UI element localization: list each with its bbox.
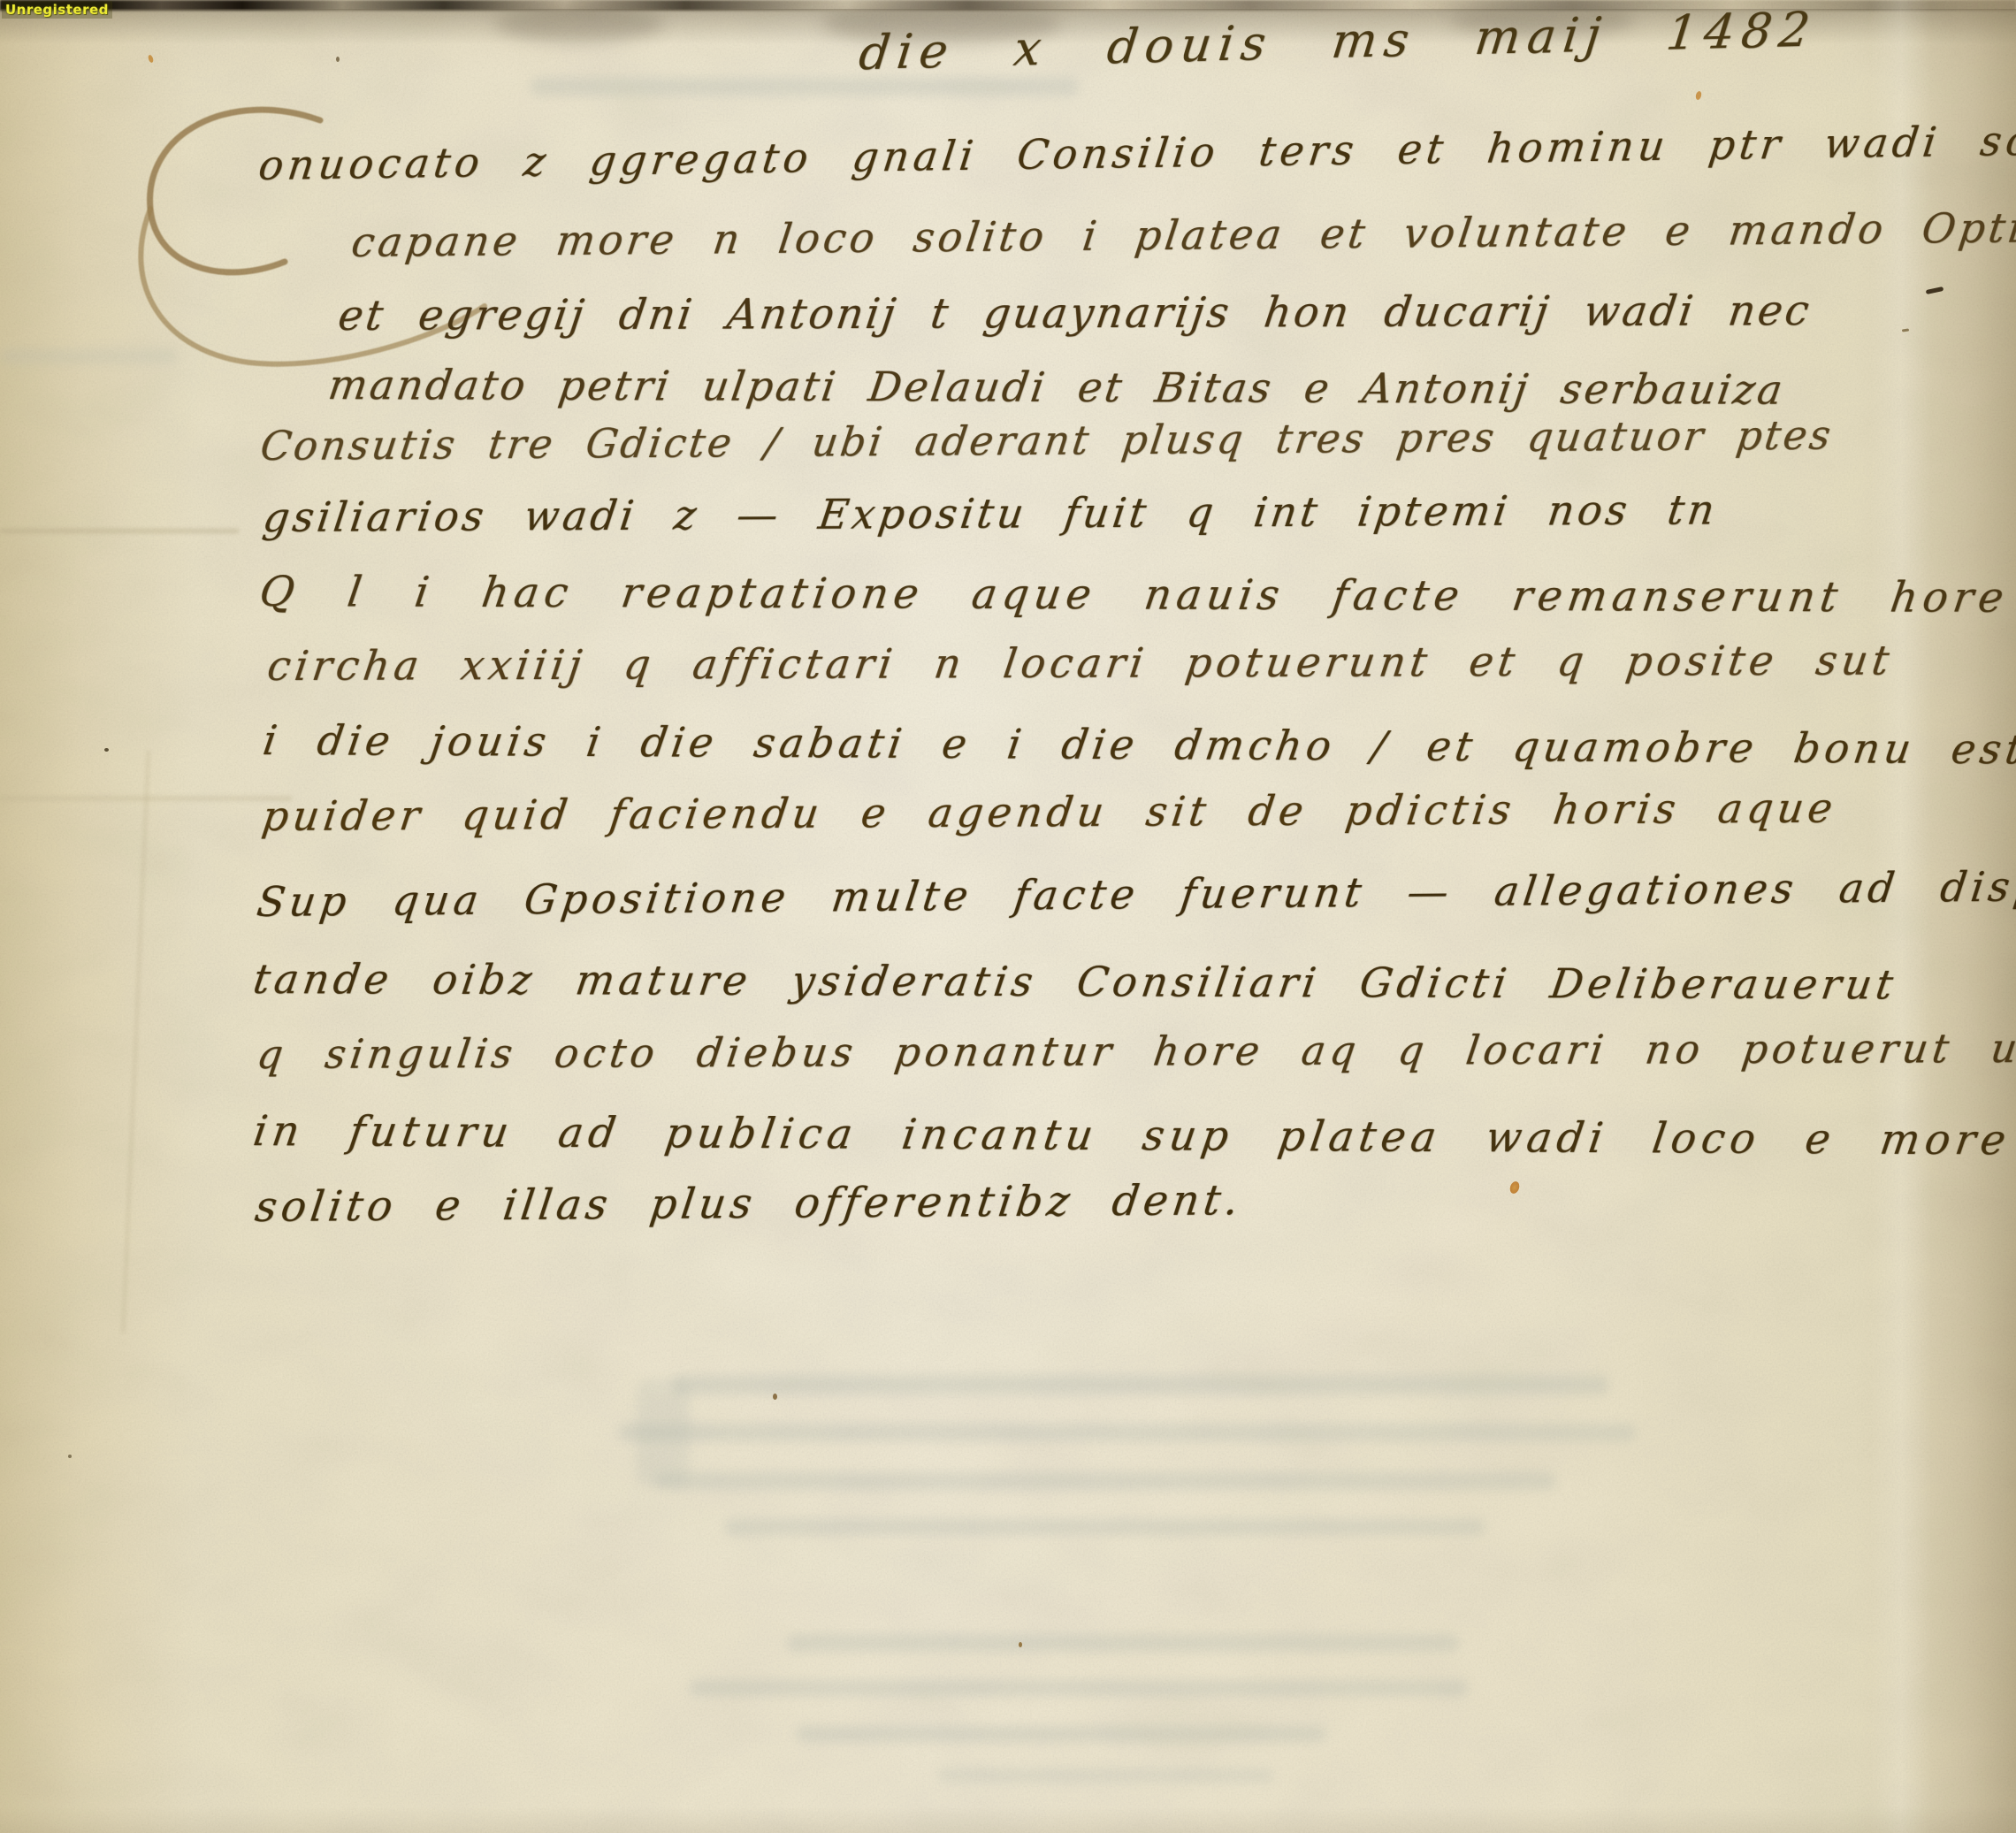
- paper-crease: [0, 529, 239, 533]
- manuscript-line: capane more n loco solito i platea et vo…: [348, 203, 2016, 266]
- top-smudge: [495, 5, 663, 42]
- manuscript-line: et egregij dni Antonij t guaynarijs hon …: [335, 286, 1814, 340]
- ghost-text-line: [690, 1680, 1468, 1696]
- manuscript-line: q singulis octo diebus ponantur hore aq …: [254, 1025, 2016, 1078]
- ink-speck: [336, 57, 340, 62]
- ghost-text-line: [937, 1768, 1273, 1783]
- manuscript-line: puider quid faciendu e agendu sit de pdi…: [259, 784, 1839, 840]
- ink-speck: [68, 1455, 72, 1458]
- manuscript-line: in futuru ad publica incantu sup platea …: [250, 1107, 2014, 1165]
- ink-speck: [1019, 1642, 1022, 1647]
- manuscript-line: onuocato z ggregato gnali Consilio ters …: [256, 116, 2016, 189]
- manuscript-line: Consutis tre Gdicte / ubi aderant plusq …: [257, 412, 1836, 470]
- ink-speck: [104, 748, 109, 752]
- ghost-text-line: [531, 78, 1079, 95]
- ghost-text-line: [787, 1634, 1459, 1652]
- ghost-text-line: [725, 1519, 1485, 1535]
- stain: [1695, 90, 1702, 100]
- ghost-descender-smudge: [637, 1379, 690, 1485]
- manuscript-line: gsiliarios wadi z — Expositu fuit q int …: [260, 485, 1721, 541]
- stain: [1508, 1180, 1521, 1195]
- ghost-text-line: [654, 1472, 1556, 1490]
- ghost-text-line: [796, 1726, 1326, 1742]
- ghost-text-line: [619, 1424, 1636, 1441]
- manuscript-line: mandato petri ulpati Delaudi et Bitas e …: [325, 361, 1788, 414]
- manuscript-line: tande oibz mature ysideratis Consiliari …: [250, 955, 1900, 1008]
- ghost-text-line: [672, 1375, 1609, 1394]
- paper-crease: [122, 750, 150, 1333]
- ink-speck: [773, 1394, 777, 1400]
- manuscript-line: Q l i hac reaptatione aque nauis facte r…: [256, 568, 2012, 622]
- bottom-edge-shade: [0, 1806, 2016, 1833]
- manuscript-line: Sup qua Gpositione multe facte fuerunt —…: [254, 860, 2016, 926]
- manuscript-page: Unregistered die x douis ms maij 1482 on…: [0, 0, 2016, 1833]
- manuscript-line: i die jouis i die sabati e i die dmcho /…: [260, 716, 2016, 773]
- watermark-unregistered: Unregistered: [2, 1, 112, 19]
- stain: [148, 54, 155, 63]
- page-curl-highlight: [1870, 0, 1932, 1833]
- manuscript-line: circha xxiiij q affictari n locari potue…: [264, 637, 1896, 690]
- manuscript-line: solito e illas plus offerentibz dent.: [252, 1176, 1245, 1232]
